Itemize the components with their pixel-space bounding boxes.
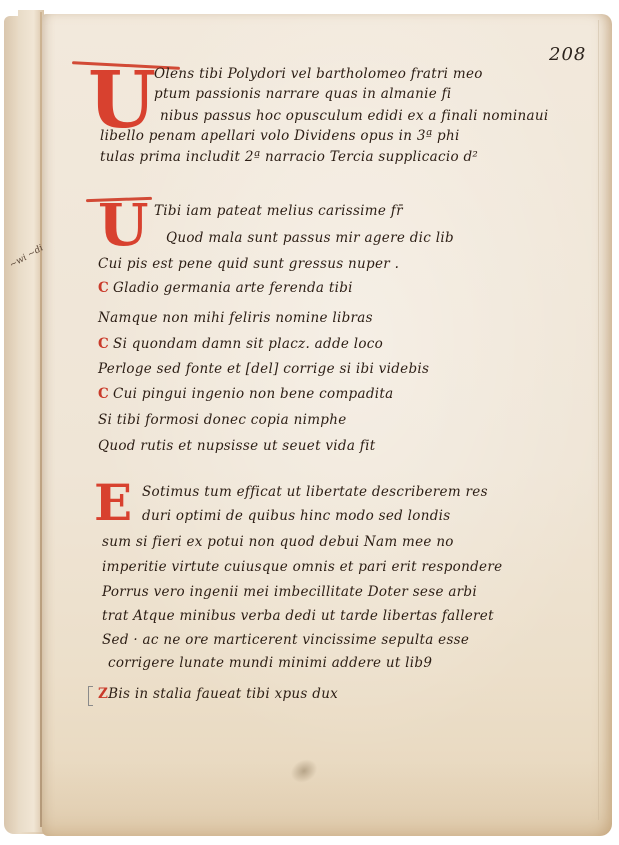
text-line: ZBis in stalia faueat tibi xpus dux [98, 686, 338, 702]
manuscript-photo: 208 ~wi ~di U Olens tibi Polydori vel ba… [0, 0, 619, 845]
gutter [40, 12, 42, 827]
text-line: Namque non mihi feliris nomine libras [98, 310, 373, 326]
water-stain [42, 760, 612, 836]
text-line: sum si fieri ex potui non quod debui Nam… [102, 534, 454, 550]
decorated-initial-3: E [94, 478, 132, 528]
red-initial: Z [98, 686, 108, 702]
text-line: Quod mala sunt passus mir agere dic lib [166, 230, 454, 246]
text-line: imperitie virtute cuiusque omnis et pari… [102, 559, 502, 575]
text-line-content: Bis in stalia faueat tibi xpus dux [108, 686, 338, 702]
text-line: CCui pingui ingenio non bene compadita [98, 386, 393, 402]
margin-ruling [598, 20, 599, 820]
margin-bracket [88, 686, 93, 706]
text-line: CSi quondam damn sit placz. adde loco [98, 336, 383, 352]
text-line: duri optimi de quibus hinc modo sed lond… [142, 508, 450, 524]
text-line: corrigere lunate mundi minimi addere ut … [108, 655, 432, 671]
text-line: ptum passionis narrare quas in almanie f… [154, 86, 452, 102]
text-line: Perloge sed fonte et [del] corrige si ib… [98, 361, 429, 377]
paragraph-mark-red: C [98, 280, 109, 296]
paragraph-mark-red: C [98, 386, 109, 402]
text-line: Cui pis est pene quid sunt gressus nuper… [98, 256, 399, 272]
text-line: Si tibi formosi donec copia nimphe [98, 412, 347, 428]
text-line-content: Cui pingui ingenio non bene compadita [113, 386, 393, 402]
text-line-content: Gladio germania arte ferenda tibi [113, 280, 353, 296]
text-line: Sed · ac ne ore marticerent vincissime s… [102, 632, 469, 648]
decorated-initial-2: U [98, 196, 149, 254]
folio-number: 208 [549, 44, 586, 65]
text-line: libello penam apellari volo Dividens opu… [100, 128, 460, 144]
text-line: Quod rutis et nupsisse ut seuet vida fit [98, 438, 375, 454]
text-line: Tibi iam pateat melius carissime fr̄ [154, 203, 403, 219]
text-line: trat Atque minibus verba dedi ut tarde l… [102, 608, 494, 624]
text-line: tulas prima includit 2ª narracio Tercia … [100, 149, 478, 165]
text-line: Sotimus tum efficat ut libertate describ… [142, 484, 488, 500]
text-line: Olens tibi Polydori vel bartholomeo frat… [154, 66, 483, 82]
text-line: Porrus vero ingenii mei imbecillitate Do… [102, 584, 477, 600]
text-line: nibus passus hoc opusculum edidi ex a fi… [160, 108, 548, 124]
paragraph-mark-red: C [98, 336, 109, 352]
text-line: CGladio germania arte ferenda tibi [98, 280, 353, 296]
text-line-content: Si quondam damn sit placz. adde loco [113, 336, 383, 352]
